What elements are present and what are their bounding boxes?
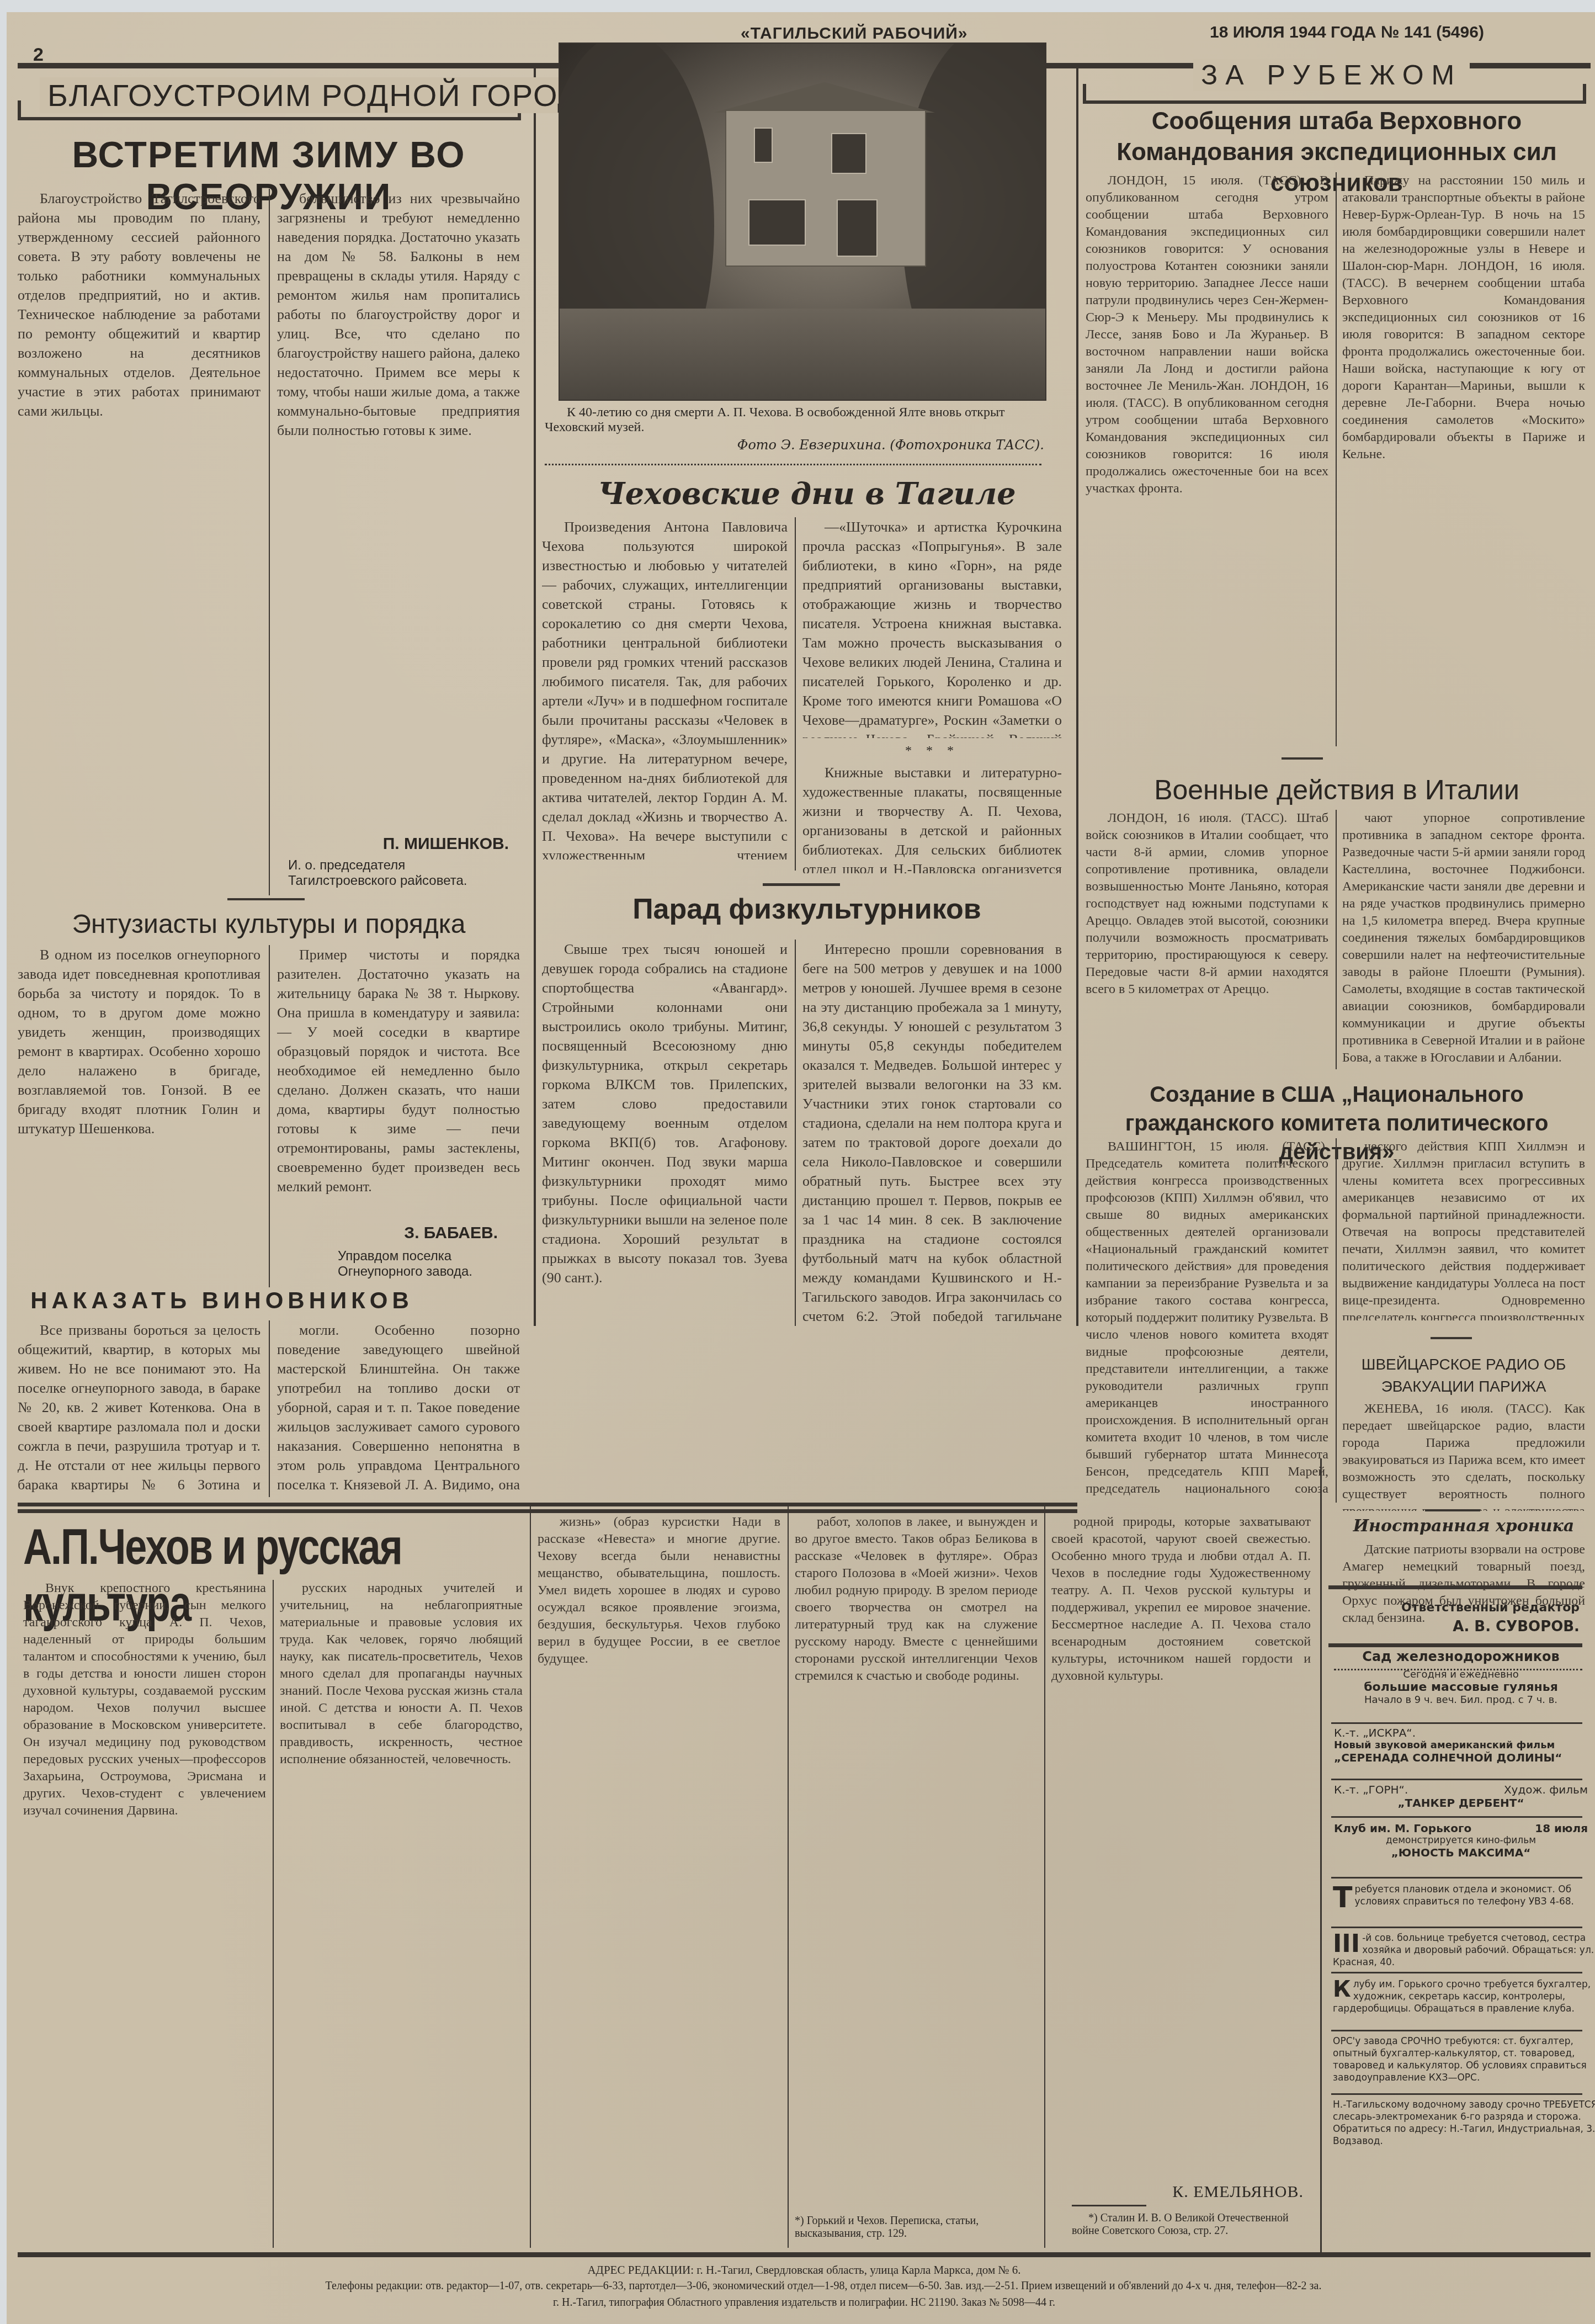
article-column: чают упорное сопротивление противника в … xyxy=(1342,810,1585,1069)
ad-job-ors: ОРС'у завода СРОЧНО требуются: ст. бухга… xyxy=(1328,2035,1595,2084)
divider xyxy=(1331,1972,1582,1973)
divider xyxy=(1282,757,1323,760)
ad-job-vodka-plant: Н.-Тагильскому водочному заводу срочно Т… xyxy=(1328,2099,1595,2147)
divider xyxy=(1331,1927,1582,1928)
article-column: ВАШИНГТОН, 15 июля. (ТАСС). Председатель… xyxy=(1086,1138,1328,1497)
article-column: русских народных учителей и учительниц, … xyxy=(280,1580,523,2242)
ad-text: ребуется плановик отдела и экономист. Об… xyxy=(1354,1884,1574,1907)
ad-text: лубу им. Горького срочно требуется бухга… xyxy=(1333,1979,1591,2014)
ad-line: Сегодня и ежедневно xyxy=(1328,1669,1593,1680)
ad-job-club: К лубу им. Горького срочно требуется бух… xyxy=(1328,1978,1595,2015)
ad-gorky-club: Клуб им. М. Горького 18 июля демонстриру… xyxy=(1328,1822,1593,1859)
ad-line: „ТАНКЕР ДЕРБЕНТ“ xyxy=(1328,1796,1593,1810)
section-rubric: БЛАГОУСТРОИМ РОДНОЙ ГОРОД xyxy=(40,77,587,113)
editor-name: А. В. СУВОРОВ. xyxy=(1386,1619,1580,1635)
divider xyxy=(18,1509,1077,1513)
column-divider xyxy=(1336,1138,1337,1503)
column-divider xyxy=(269,1320,270,1497)
author-signature: К. ЕМЕЛЬЯНОВ. xyxy=(1083,2183,1304,2201)
ad-railway-garden: Сад железнодорожников Сегодня и ежедневн… xyxy=(1328,1649,1593,1706)
headline: Чеховские дни в Тагиле xyxy=(536,476,1077,511)
divider xyxy=(227,898,305,900)
photo-caption: К 40-летию со дня смерти А. П. Чехова. В… xyxy=(545,405,1041,435)
article-column: Внук крепостного крестьянина Воронежской… xyxy=(23,1580,266,2242)
author-title: Управдом поселка Огнеупорного завода. xyxy=(338,1249,514,1280)
ad-line: „ЮНОСТЬ МАКСИМА“ xyxy=(1328,1846,1593,1859)
ad-line: „СЕРЕНАДА СОЛНЕЧНОЙ ДОЛИНЫ“ xyxy=(1334,1751,1595,1764)
article-column: Парижу на расстоянии 150 миль и атаковал… xyxy=(1342,172,1585,746)
column-divider xyxy=(534,67,536,1326)
newspaper-page: 2 «ТАГИЛЬСКИЙ РАБОЧИЙ» 18 ИЮЛЯ 1944 ГОДА… xyxy=(7,12,1595,2324)
ad-text: ОРС'у завода СРОЧНО требуются: ст. бухга… xyxy=(1333,2036,1587,2083)
article-column: работ, холопов в лакее, и вынужден и во … xyxy=(795,1514,1038,2176)
column-divider xyxy=(269,189,270,895)
column-divider xyxy=(1320,1458,1322,2253)
column-divider xyxy=(273,1580,274,2248)
column-divider xyxy=(1336,810,1337,1069)
divider xyxy=(1425,1509,1480,1511)
divider xyxy=(1431,1337,1472,1339)
article-column: Все призваны бороться за целость общежит… xyxy=(18,1320,260,1497)
headline: Энтузиасты культуры и порядка xyxy=(7,909,531,940)
footer-address: АДРЕС РЕДАКЦИИ: г. Н.-Тагил, Свердловска… xyxy=(7,2263,1595,2277)
article-column: ЖЕНЕВА, 16 июля. (ТАСС). Как передает шв… xyxy=(1342,1400,1585,1511)
ad-title: К.-т. „ИСКРА“. xyxy=(1334,1726,1595,1739)
column-divider xyxy=(269,945,270,1287)
ad-title: К.-т. „ГОРН“. xyxy=(1334,1783,1408,1796)
ad-date: 18 июля xyxy=(1535,1822,1588,1835)
divider xyxy=(763,883,840,886)
headline: Иностранная хроника xyxy=(1342,1516,1585,1536)
divider xyxy=(1331,1722,1582,1724)
drop-cap: К xyxy=(1333,1978,1351,2001)
divider xyxy=(1072,2205,1146,2206)
article-column: —«Шуточка» и артистка Курочкина прочла р… xyxy=(802,517,1062,738)
ad-cinema-iskra: К.-т. „ИСКРА“. Новый звуковой американск… xyxy=(1328,1726,1595,1764)
divider xyxy=(1331,1779,1582,1780)
divider xyxy=(1331,1877,1582,1879)
article-column: Книжные выставки и литературно-художеств… xyxy=(802,763,1062,873)
author-signature: П. МИШЕНКОВ. xyxy=(277,835,509,853)
headline: Парад физкультурников xyxy=(536,893,1077,926)
article-column: ческого действия КПП Хиллмэн и другие. Х… xyxy=(1342,1138,1585,1320)
ad-cinema-gorn: К.-т. „ГОРН“. Худож. фильм „ТАНКЕР ДЕРБЕ… xyxy=(1328,1783,1593,1810)
drop-cap: Т xyxy=(1333,1883,1352,1912)
column-divider xyxy=(1044,1503,1045,2248)
column-divider xyxy=(795,517,796,871)
divider xyxy=(1331,2030,1582,2031)
headline: ШВЕЙЦАРСКОЕ РАДИО ОБ ЭВАКУАЦИИ ПАРИЖА xyxy=(1342,1354,1585,1398)
article-column: Интересно прошли соревнования в беге на … xyxy=(802,940,1062,1326)
ad-title: Сад железнодорожников xyxy=(1328,1649,1593,1664)
ad-line: Новый звуковой американский фильм xyxy=(1334,1739,1595,1751)
ad-job-hospital: III -й сов. больнице требуется счетовод,… xyxy=(1328,1932,1595,1968)
section-divider-stars: * * * xyxy=(802,744,1062,758)
article-column: Благоустройство Тагилстроевского района … xyxy=(18,189,260,824)
headline: НАКАЗАТЬ ВИНОВНИКОВ xyxy=(7,1287,437,1314)
photo-credit: Фото Э. Евзерихина. (Фотохроника ТАСС). xyxy=(658,437,1044,453)
author-signature: З. БАБАЕВ. xyxy=(277,1224,498,1243)
ad-job-planner: Т ребуется плановик отдела и экономист. … xyxy=(1328,1883,1595,1912)
article-column: В одном из поселков огнеупорного завода … xyxy=(18,945,260,1271)
ad-text: -й сов. больнице требуется счетовод, сес… xyxy=(1333,1933,1594,1968)
author-title: И. о. председателя Тагилстроевского райс… xyxy=(288,858,509,889)
masthead: «ТАГИЛЬСКИЙ РАБОЧИЙ» xyxy=(741,24,967,43)
article-column: Пример чистоты и порядка разителен. Дост… xyxy=(277,945,520,1205)
article-column: родной природы, которые захватывают свое… xyxy=(1051,1514,1311,2148)
article-column: ЛОНДОН, 16 июля. (ТАСС). Штаб войск союз… xyxy=(1086,810,1328,1069)
footnote: *) Сталин И. В. О Великой Отечественной … xyxy=(1072,2212,1315,2237)
column-divider xyxy=(1076,67,1078,1326)
column-divider xyxy=(788,1503,789,2248)
footer-printer: г. Н.-Тагил, типография Областного управ… xyxy=(7,2296,1595,2309)
divider xyxy=(1331,1816,1582,1818)
divider xyxy=(1331,2093,1582,2095)
column-divider xyxy=(795,940,796,1326)
footer-rule xyxy=(18,2252,1591,2257)
divider xyxy=(18,1503,1077,1506)
ad-title: Клуб им. М. Горького xyxy=(1334,1822,1471,1835)
drop-cap: III xyxy=(1333,1932,1360,1956)
ad-line: демонстрируется кино-фильм xyxy=(1328,1835,1593,1846)
column-divider xyxy=(1336,172,1337,746)
editor-label: Ответственный редактор xyxy=(1386,1601,1580,1615)
footer-phones: Телефоны редакции: отв. редактор—1-07, о… xyxy=(106,2280,1541,2293)
ad-text: Н.-Тагильскому водочному заводу срочно Т… xyxy=(1333,2099,1595,2147)
article-column: Произведения Антона Павловича Чехова пол… xyxy=(542,517,788,859)
footnote: *) Горький и Чехов. Переписка, статьи, в… xyxy=(795,2215,1038,2240)
divider xyxy=(1328,1643,1582,1647)
dateline: 18 ИЮЛЯ 1944 ГОДА № 141 (5496) xyxy=(1210,23,1484,42)
headline: Военные действия в Италии xyxy=(1083,774,1591,806)
article-column: жизнь» (образ курсистки Нади в рассказе … xyxy=(538,1514,780,2242)
ad-genre: Худож. фильм xyxy=(1504,1783,1588,1796)
article-column: Свыше трех тысяч юношей и девушек города… xyxy=(542,940,788,1326)
column-divider xyxy=(530,1503,531,2248)
article-column: большинство из них чрезвычайно загрязнен… xyxy=(277,189,520,741)
museum-photo xyxy=(559,43,1046,401)
ad-line: большие массовые гулянья xyxy=(1328,1680,1593,1694)
ad-line: Начало в 9 ч. веч. Бил. прод. с 7 ч. в. xyxy=(1328,1694,1593,1706)
divider xyxy=(545,460,1041,465)
divider xyxy=(1328,1585,1582,1589)
article-column: могли. Особенно позорно поведение заведу… xyxy=(277,1320,520,1497)
section-rubric: ЗА РУБЕЖОМ xyxy=(1193,59,1470,91)
article-column: ЛОНДОН, 15 июля. (ТАСС). В опубликованно… xyxy=(1086,172,1328,746)
